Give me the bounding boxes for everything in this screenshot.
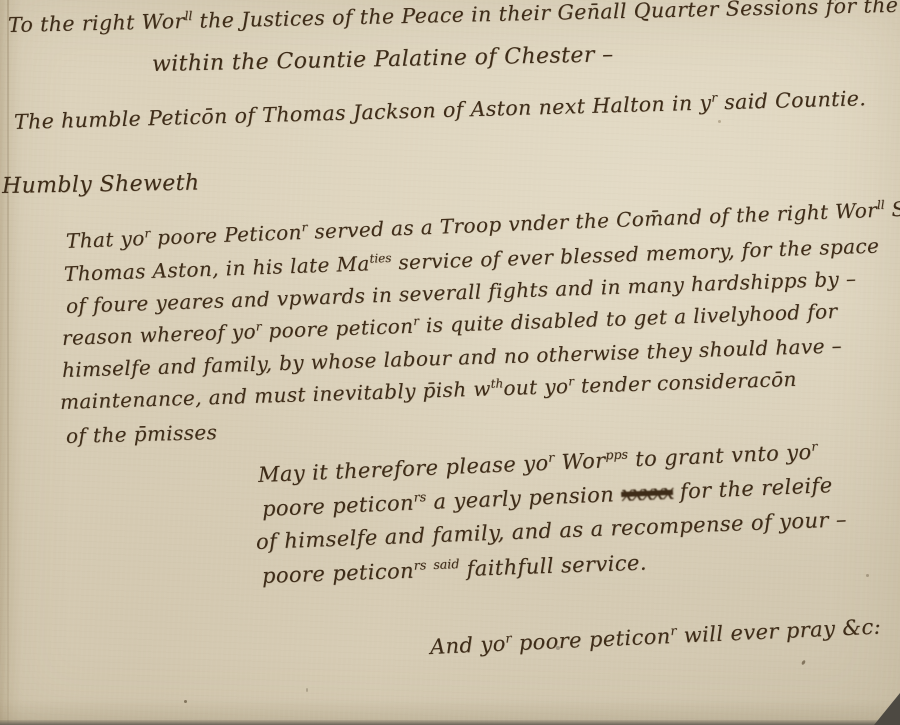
ink-speck	[718, 120, 721, 123]
manuscript-text: To the right Worll the Justices of the P…	[0, 0, 900, 725]
manuscript-line: poore peticonrs said faithfull service.	[262, 550, 648, 588]
manuscript-photo: To the right Worll the Justices of the P…	[0, 0, 900, 725]
ink-speck	[556, 646, 560, 650]
manuscript-line: And yor poore peticonr will ever pray &c…	[429, 614, 881, 659]
manuscript-line: The humble Peticōn of Thomas Jackson of …	[14, 86, 867, 134]
manuscript-line: within the Countie Palatine of Chester –	[152, 42, 614, 77]
ink-speck	[866, 574, 869, 577]
photo-background-strip	[0, 720, 900, 725]
manuscript-line: Humbly Sheweth	[2, 171, 200, 199]
manuscript-line: To the right Worll the Justices of the P…	[8, 0, 900, 37]
ink-speck	[306, 688, 308, 692]
manuscript-line: of the p̄misses	[66, 420, 218, 448]
ink-speck	[184, 700, 187, 703]
